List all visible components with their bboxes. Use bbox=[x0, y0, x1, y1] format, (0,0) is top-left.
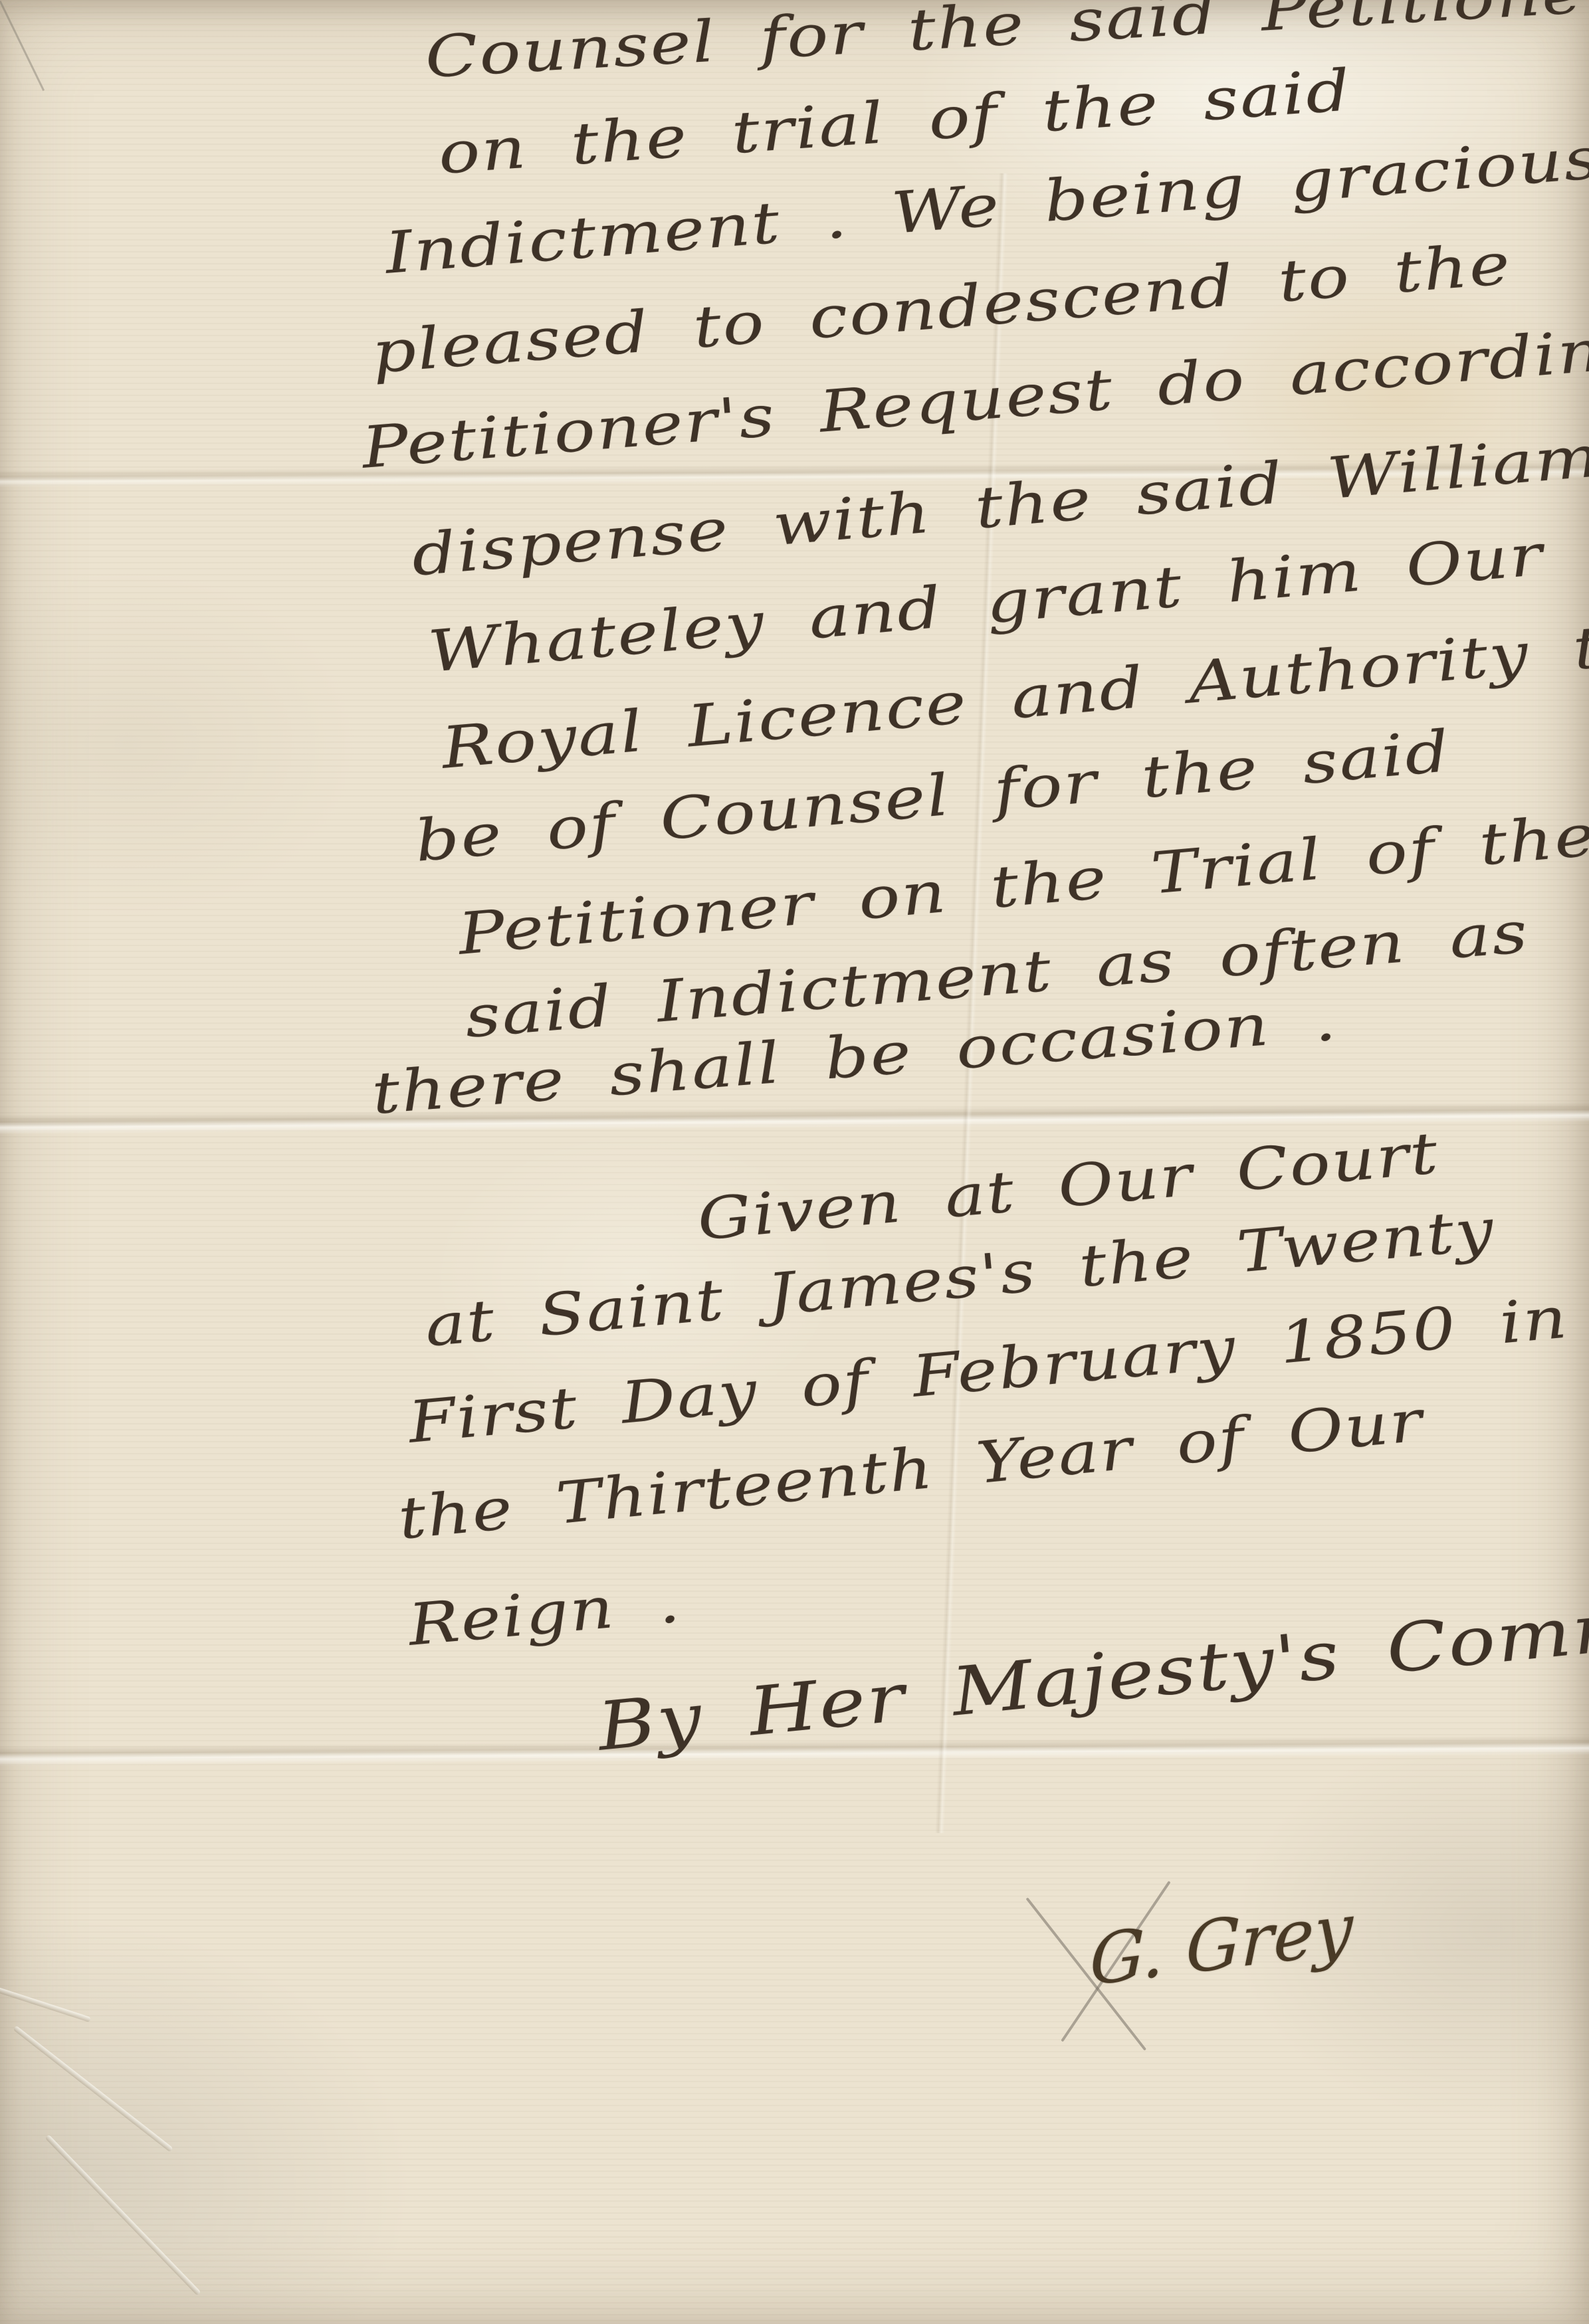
signature: G. Grey bbox=[1089, 1888, 1354, 2002]
attestation-line: By Her Majesty's Command bbox=[595, 1573, 1589, 1764]
dateline-line: Reign . bbox=[406, 1571, 684, 1657]
bottom-left-crumple-mark bbox=[45, 2135, 201, 2296]
bottom-left-crumple-mark bbox=[0, 1983, 91, 2022]
bottom-left-crumple-mark bbox=[13, 2025, 173, 2152]
manuscript-line: Counsel for the said Petitioner bbox=[423, 0, 1589, 90]
manuscript-page: Counsel for the said Petitioner on the t… bbox=[0, 0, 1589, 2324]
pencil-check-mark bbox=[0, 1, 45, 91]
